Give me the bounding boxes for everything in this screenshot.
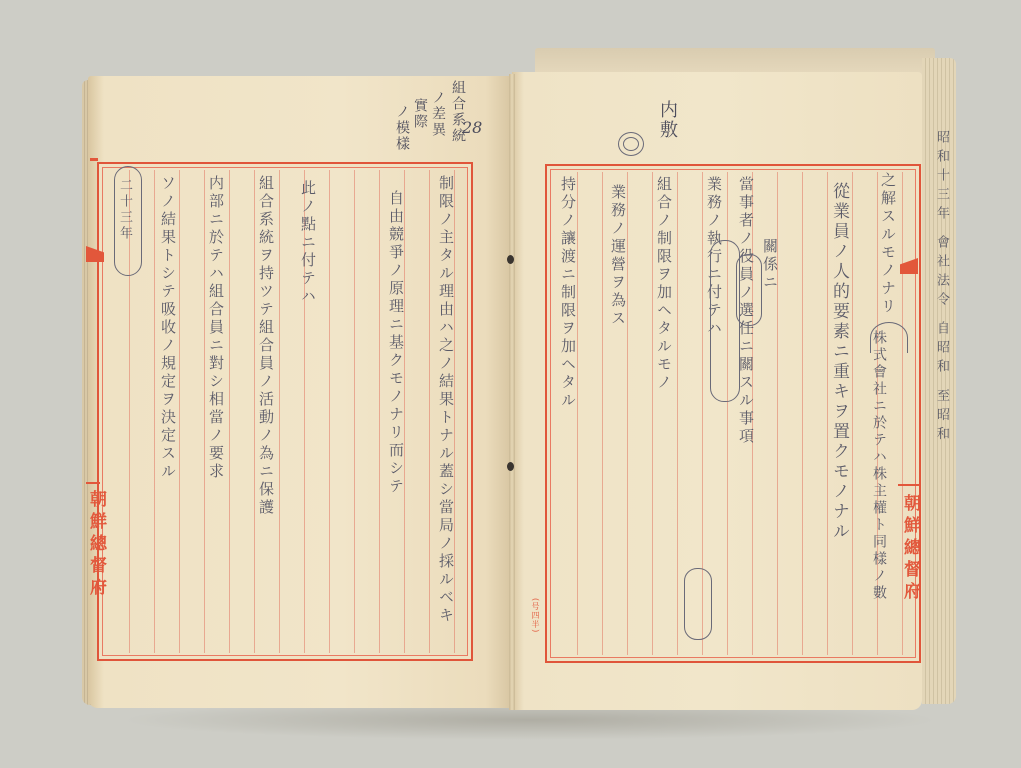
left-column-5: 内部ニ於テハ組合員ニ對シ相當ノ要求 [208, 175, 223, 481]
right-column-8: 持分ノ讓渡ニ制限ヲ加ヘタル [560, 176, 575, 410]
binding-hole-top [507, 255, 514, 264]
left-column-4: 組合系統ヲ持ツテ組合員ノ活動ノ為ニ保護 [258, 175, 273, 517]
left-column-3: 此ノ點ニ付テハ [300, 180, 315, 306]
right-column-3: 關係ニ [762, 238, 777, 292]
left-column-1: 制限ノ主タル理由ハ之ノ結果トナル蓋シ當局ノ採ルベキ [438, 175, 453, 625]
circled-note-4-outline [684, 568, 712, 640]
stationery-imprint-right: 朝鮮總督府 [898, 494, 923, 604]
frame-corner-mark [90, 158, 98, 161]
imprint-rule [898, 484, 920, 486]
book-spine [509, 74, 515, 710]
right-column-1: 之解スルモノナリ [880, 172, 895, 316]
right-column-2: 從業員ノ人的要素ニ重キヲ置クモノナル [830, 182, 847, 542]
left-column-2: 自由競爭ノ原理ニ基クモノナリ而シテ [388, 190, 403, 496]
top-margin-note-2: ノ差異 [428, 90, 448, 138]
side-tab-note: 二十三年 [118, 178, 131, 242]
right-ruled-frame [545, 164, 921, 663]
imprint-rule [86, 482, 100, 484]
left-ruled-frame [97, 162, 473, 661]
spine-edge-label: 昭和十三年 會社法令 自昭和 至昭和 [932, 130, 951, 445]
top-margin-note-4: ノ模樣 [392, 104, 412, 152]
header-circle-mark-inner [623, 137, 639, 151]
circled-note-3-outline [710, 240, 740, 402]
circled-note-1: 株式會社ニ於テハ株主權ト同樣ノ數 [872, 330, 886, 602]
stationery-imprint-left: 朝鮮總督府 [84, 490, 109, 600]
top-margin-note-3: 實際 [410, 98, 430, 130]
binding-hole-bottom [507, 462, 514, 471]
right-column-6: 組合ノ制限ヲ加ヘタルモノ [656, 176, 671, 392]
right-column-7: 業務ノ運營ヲ為ス [610, 184, 625, 328]
sheet-label: (号四半) [530, 598, 541, 633]
header-note: 内敷 [654, 100, 680, 140]
left-column-6: ソノ結果トシテ吸收ノ規定ヲ決定スル [160, 175, 175, 481]
top-margin-note-1: 組合系統 [448, 80, 468, 144]
